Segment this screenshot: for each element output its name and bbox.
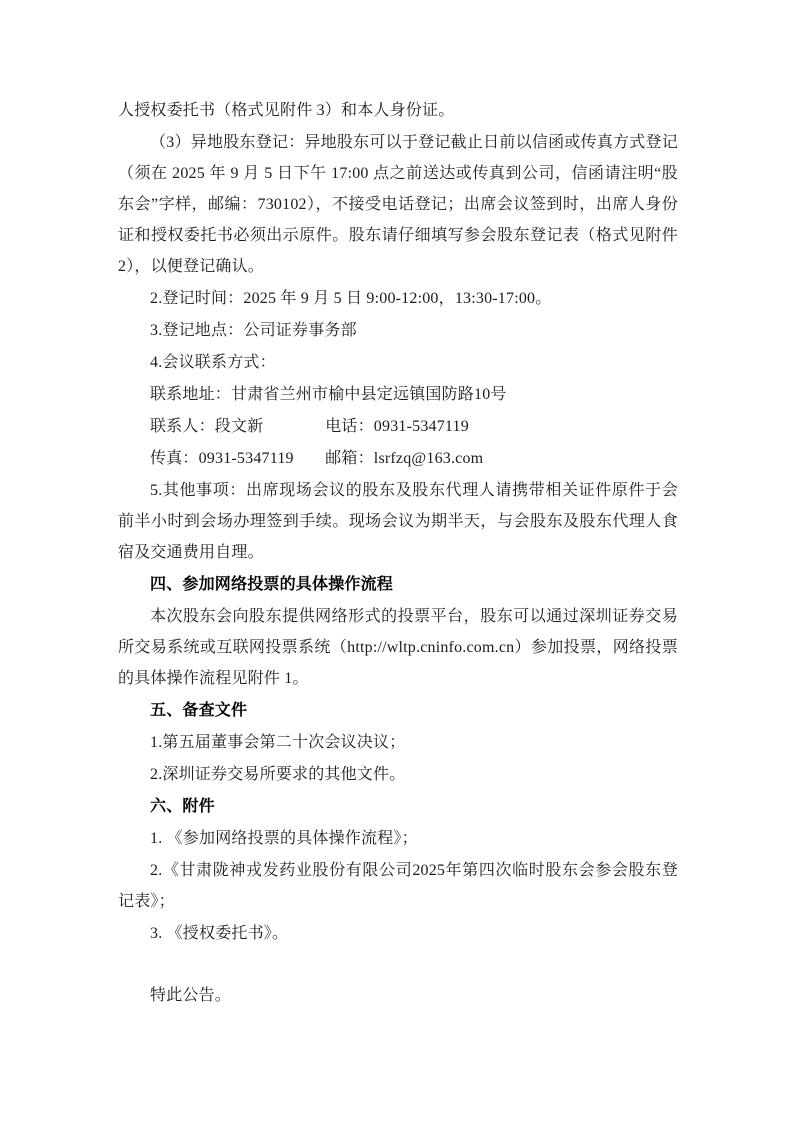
contact-person: 联系人：段文新 <box>150 411 321 442</box>
para-offsite-registration: （3）异地股东登记：异地股东可以于登记截止日前以信函或传真方式登记（须在 202… <box>118 127 678 282</box>
para-registration-place: 3.登记地点：公司证券事务部 <box>118 315 678 346</box>
para-contact-address: 联系地址：甘肃省兰州市榆中县定远镇国防路10号 <box>118 379 678 410</box>
contact-email: 邮箱：lsrfzq@163.com <box>325 450 483 467</box>
heading-section-4-online-voting: 四、参加网络投票的具体操作流程 <box>118 569 678 600</box>
contact-person-phone-row: 联系人：段文新 电话：0931-5347119 <box>118 411 678 442</box>
para-reference-doc-1: 1.第五届董事会第二十次会议决议； <box>118 727 678 758</box>
para-proxy-continuation: 人授权委托书（格式见附件 3）和本人身份证。 <box>118 95 678 126</box>
para-other-matters: 5.其他事项：出席现场会议的股东及股东代理人请携带相关证件原件于会前半小时到会场… <box>118 475 678 568</box>
para-attachment-2: 2.《甘肃陇神戎发药业股份有限公司2025年第四次临时股东会参会股东登记表》； <box>118 855 678 917</box>
para-contact-method: 4.会议联系方式： <box>118 347 678 378</box>
para-online-voting: 本次股东会向股东提供网络形式的投票平台，股东可以通过深圳证券交易所交易系统或互联… <box>118 601 678 694</box>
heading-section-6-attachments: 六、附件 <box>118 791 678 822</box>
para-attachment-3: 3. 《授权委托书》。 <box>118 918 678 949</box>
contact-fax: 传真：0931-5347119 <box>150 443 321 474</box>
contact-fax-email-row: 传真：0931-5347119 邮箱：lsrfzq@163.com <box>118 443 678 474</box>
para-attachment-1: 1. 《参加网络投票的具体操作流程》； <box>118 823 678 854</box>
para-registration-time: 2.登记时间：2025 年 9 月 5 日 9:00-12:00，13:30-1… <box>118 283 678 314</box>
document-page: 人授权委托书（格式见附件 3）和本人身份证。 （3）异地股东登记：异地股东可以于… <box>0 0 793 1122</box>
document-content: 人授权委托书（格式见附件 3）和本人身份证。 （3）异地股东登记：异地股东可以于… <box>118 95 678 1012</box>
contact-phone: 电话：0931-5347119 <box>325 418 469 435</box>
heading-section-5-reference-documents: 五、备查文件 <box>118 695 678 726</box>
para-closing-announcement: 特此公告。 <box>118 980 678 1011</box>
para-reference-doc-2: 2.深圳证券交易所要求的其他文件。 <box>118 759 678 790</box>
